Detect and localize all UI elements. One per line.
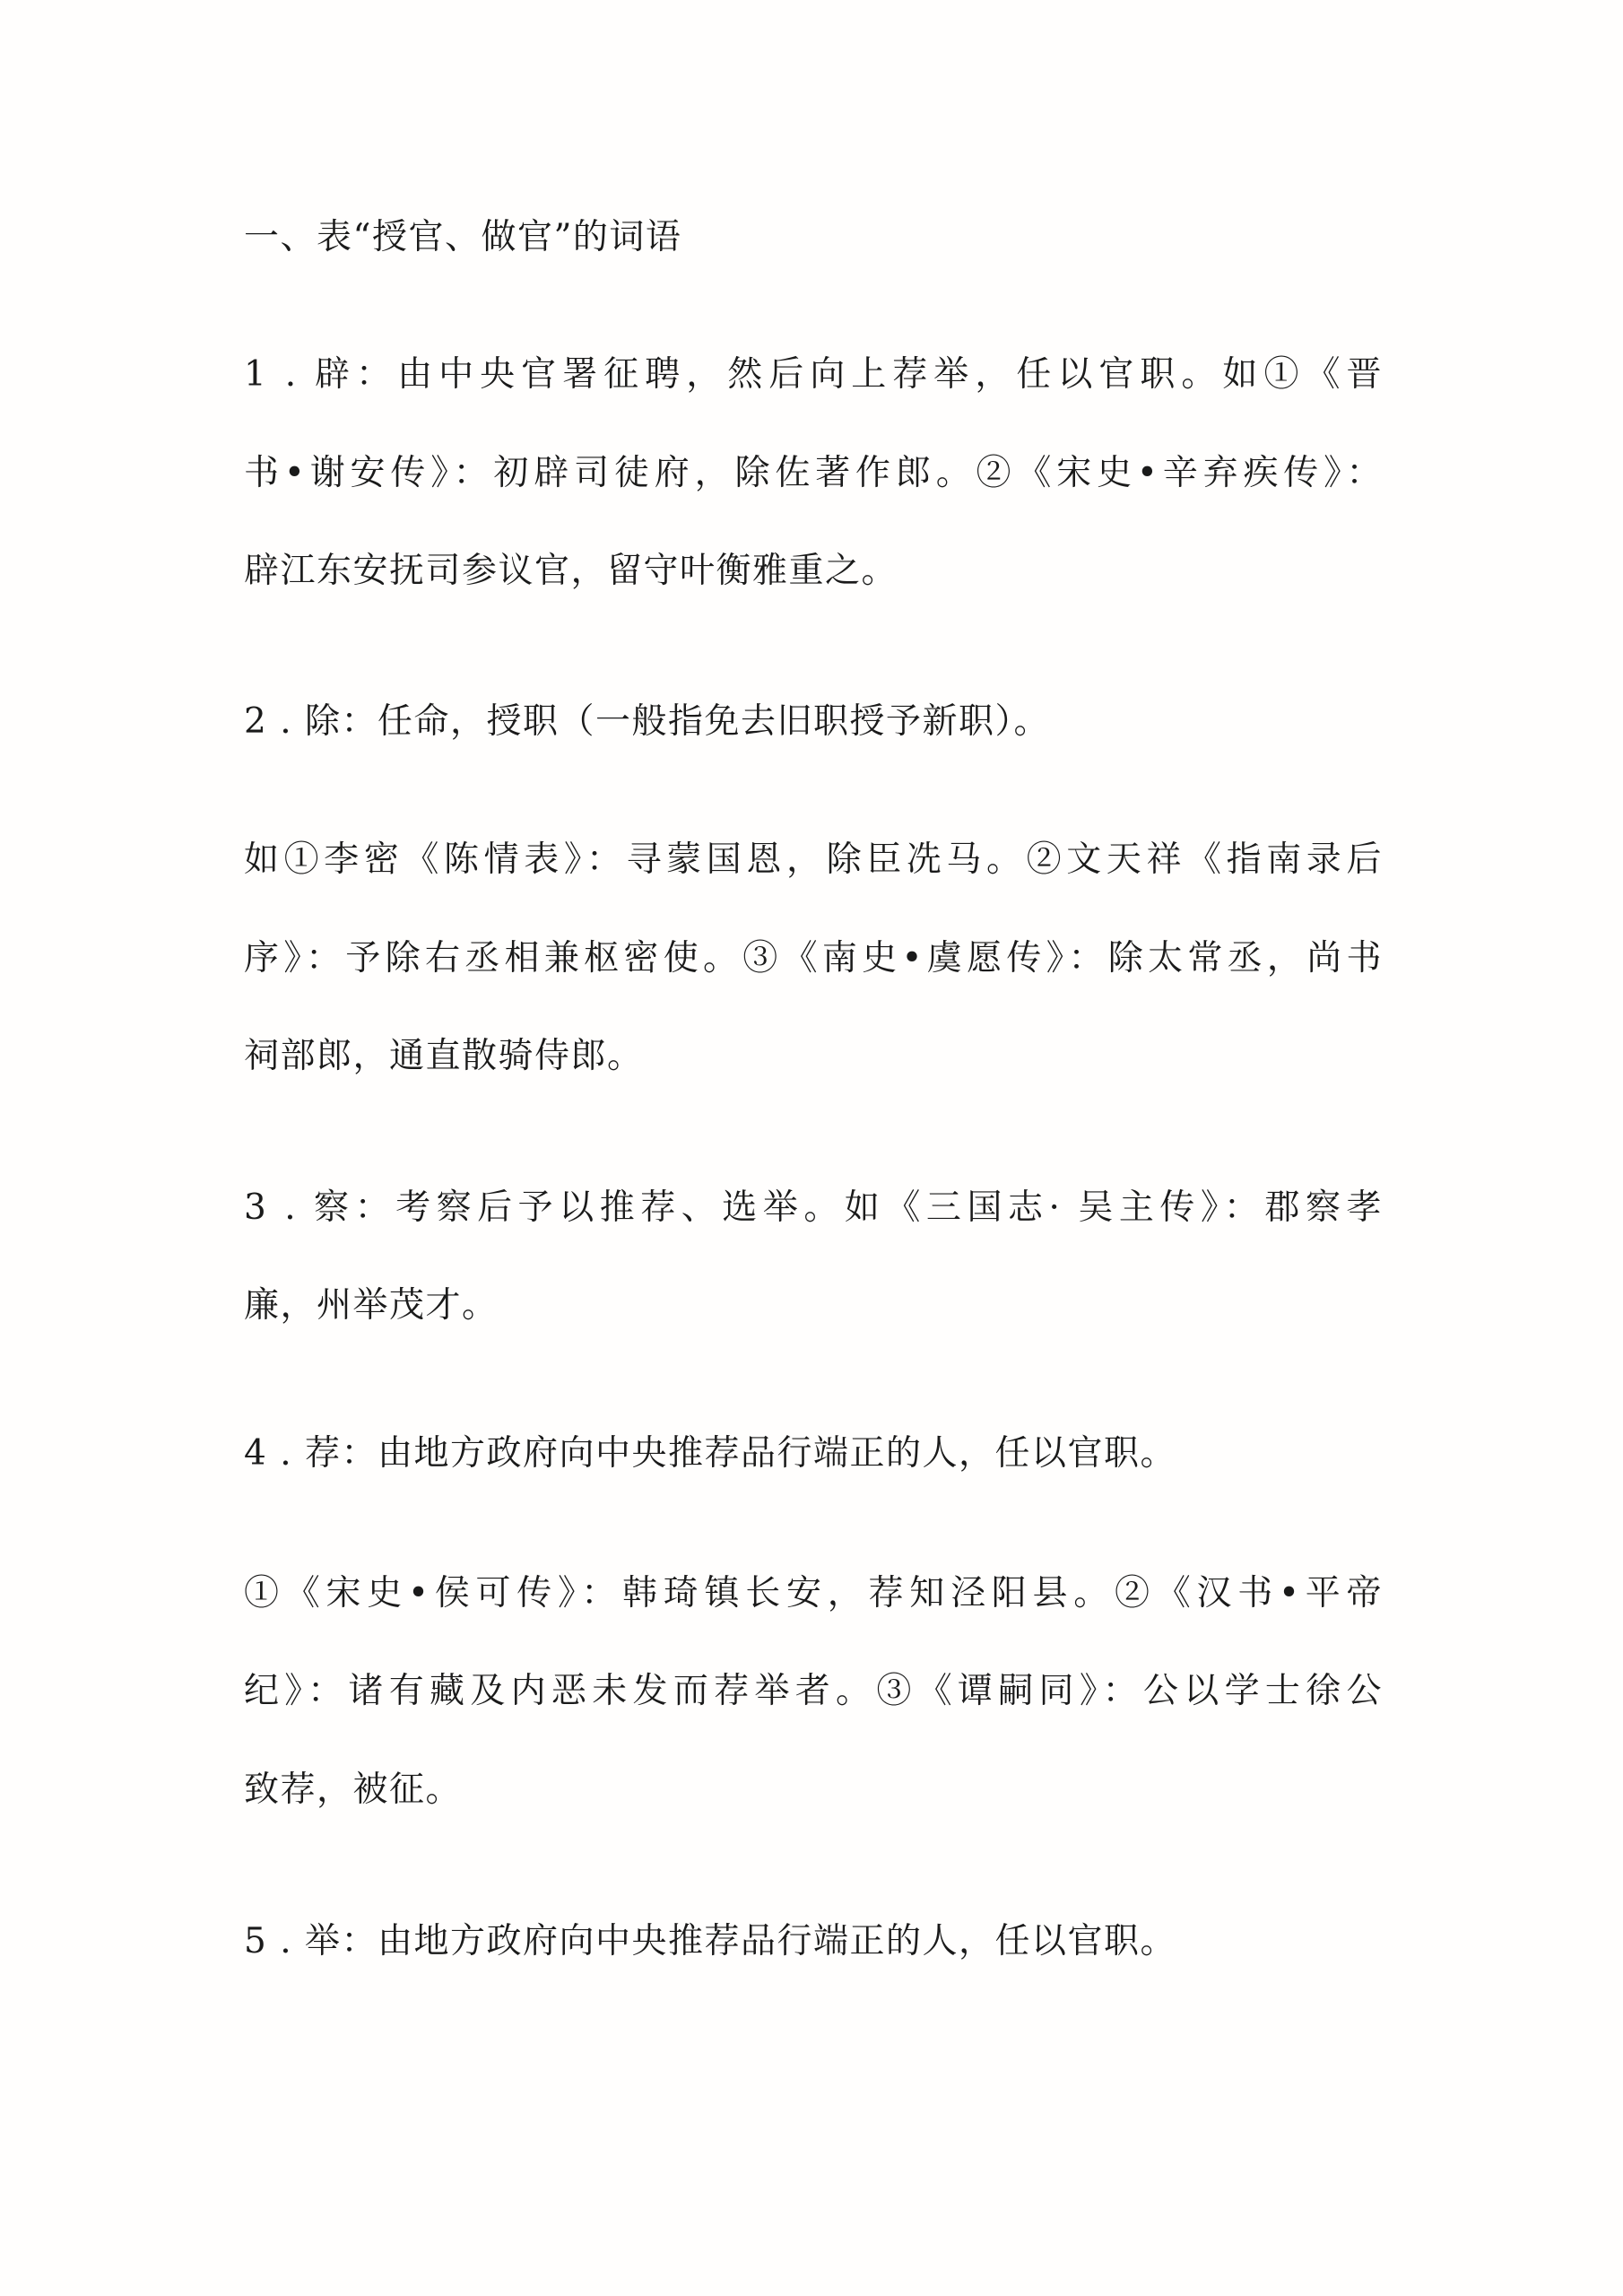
document-page: 一、表“授官、做官”的词语 1 . 辟：由中央官署征聘，然后向上荐举，任以官职。… — [0, 0, 1623, 2296]
section-4-example-line-1: ①《宋史•侯可传》：韩琦镇长安，荐知泾阳县。②《汉书•平帝 — [244, 1571, 1383, 1616]
section-1-line-3: 辟江东安抚司参议官，留守叶衡雅重之。 — [244, 549, 1383, 594]
section-1-line-2: 书•谢安传》：初辟司徒府，除佐著作郎。②《宋史•辛弃疾传》： — [244, 451, 1383, 496]
section-3-line-2: 廉，州举茂才。 — [244, 1283, 1383, 1328]
section-4-example-line-3: 致荐，被征。 — [244, 1768, 1383, 1813]
section-2-example-line-1: 如①李密《陈情表》：寻蒙国恩，除臣冼马。②文天祥《指南录后 — [244, 838, 1383, 883]
section-4-definition: 4 . 荐：由地方政府向中央推荐品行端正的人，任以官职。 — [244, 1431, 1383, 1476]
section-1-line-1: 1 . 辟：由中央官署征聘，然后向上荐举，任以官职。如①《晋 — [244, 352, 1383, 397]
section-2-example-line-2: 序》：予除右丞相兼枢密使。③《南史•虞愿传》：除太常丞，尚书 — [244, 936, 1383, 981]
section-2-example-line-3: 祠部郎，通直散骑侍郎。 — [244, 1034, 1383, 1079]
section-4-example-line-2: 纪》：诸有藏及内恶未发而荐举者。③《谭嗣同》：公以学士徐公 — [244, 1669, 1383, 1714]
section-heading: 一、表“授官、做官”的词语 — [244, 215, 1383, 260]
section-2-definition: 2 . 除：任命，授职（一般指免去旧职授予新职）。 — [244, 700, 1383, 744]
section-5-definition: 5 . 举：由地方政府向中央推荐品行端正的人，任以官职。 — [244, 1919, 1383, 1964]
section-3-line-1: 3 . 察：考察后予以推荐、选举。如《三国志· 吴主传》：郡察孝 — [244, 1186, 1383, 1231]
